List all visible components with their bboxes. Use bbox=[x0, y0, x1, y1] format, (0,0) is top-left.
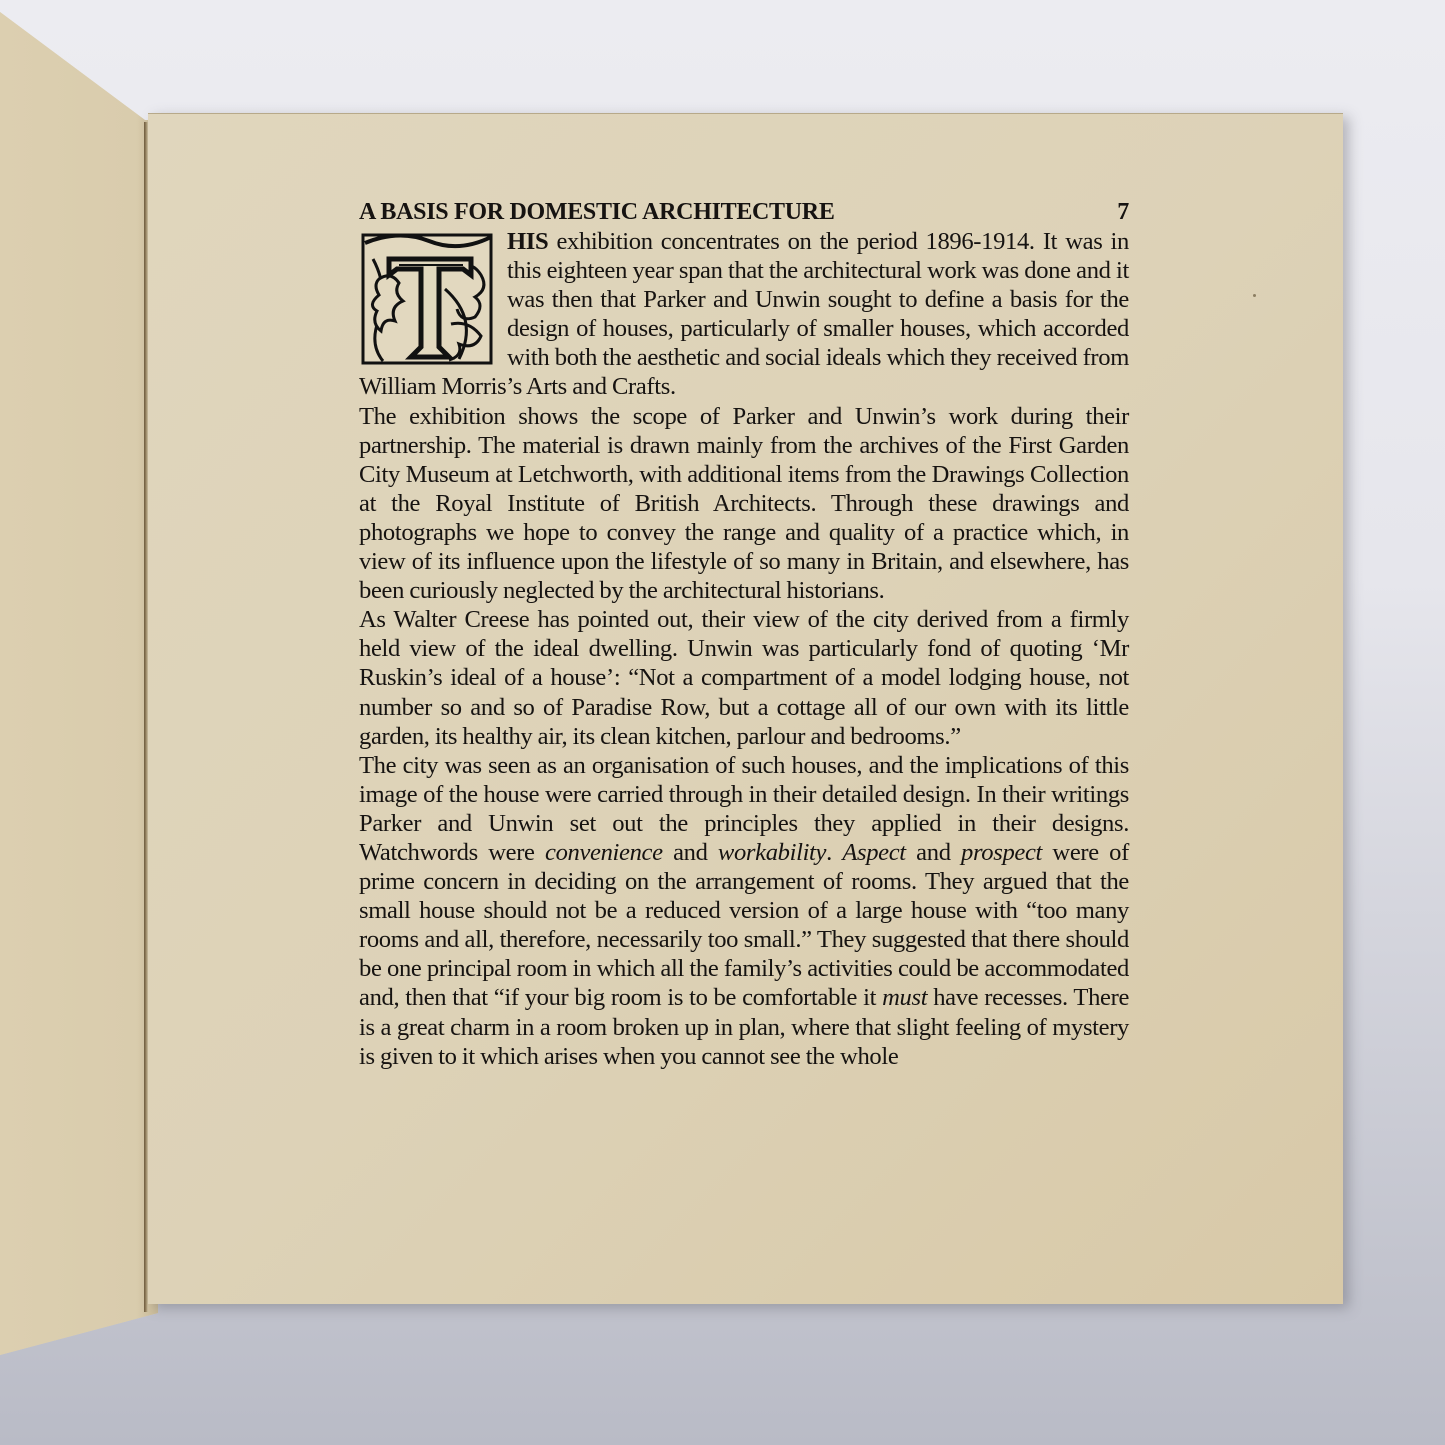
text-run: and bbox=[663, 839, 718, 866]
chapter-heading: A BASIS FOR DOMESTIC ARCHITECTURE bbox=[359, 199, 835, 226]
italic-term: convenience bbox=[545, 839, 663, 866]
left-page bbox=[0, 0, 160, 1445]
italic-term: workability bbox=[718, 839, 826, 866]
paragraph-1: HIS exhibition concentrates on the perio… bbox=[359, 227, 1129, 402]
text-run: and bbox=[906, 839, 961, 866]
italic-term: Aspect bbox=[842, 839, 905, 866]
paragraph-2: The exhibition shows the scope of Parker… bbox=[359, 402, 1129, 606]
running-head: A BASIS FOR DOMESTIC ARCHITECTURE 7 bbox=[359, 199, 1129, 226]
italic-term: must bbox=[882, 984, 927, 1011]
ornamental-initial-t-icon bbox=[359, 229, 499, 369]
text-run: . bbox=[826, 839, 842, 866]
paragraph-4: The city was seen as an organisation of … bbox=[359, 751, 1129, 1071]
italic-term: prospect bbox=[961, 839, 1042, 866]
dropcap-lead-word: HIS bbox=[507, 228, 548, 255]
right-page: A BASIS FOR DOMESTIC ARCHITECTURE 7 HIS … bbox=[148, 113, 1343, 1304]
paragraph-3: As Walter Creese has pointed out, their … bbox=[359, 605, 1129, 750]
page-number: 7 bbox=[1117, 199, 1129, 226]
page-text: A BASIS FOR DOMESTIC ARCHITECTURE 7 HIS … bbox=[359, 199, 1129, 1071]
paper-speck bbox=[1253, 294, 1256, 297]
